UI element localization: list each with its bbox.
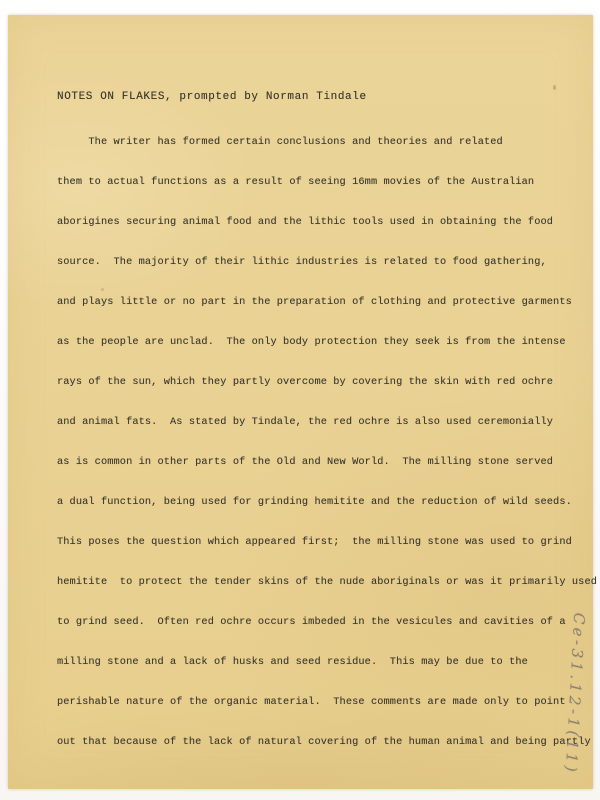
document-title: NOTES ON FLAKES, prompted by Norman Tind… <box>57 91 367 103</box>
paper-speck <box>553 85 556 90</box>
document-body-text: The writer has formed certain conclusion… <box>57 122 587 762</box>
paper-speck <box>101 288 104 291</box>
paper-sheet: NOTES ON FLAKES, prompted by Norman Tind… <box>8 15 593 789</box>
scan-background: NOTES ON FLAKES, prompted by Norman Tind… <box>0 0 600 800</box>
